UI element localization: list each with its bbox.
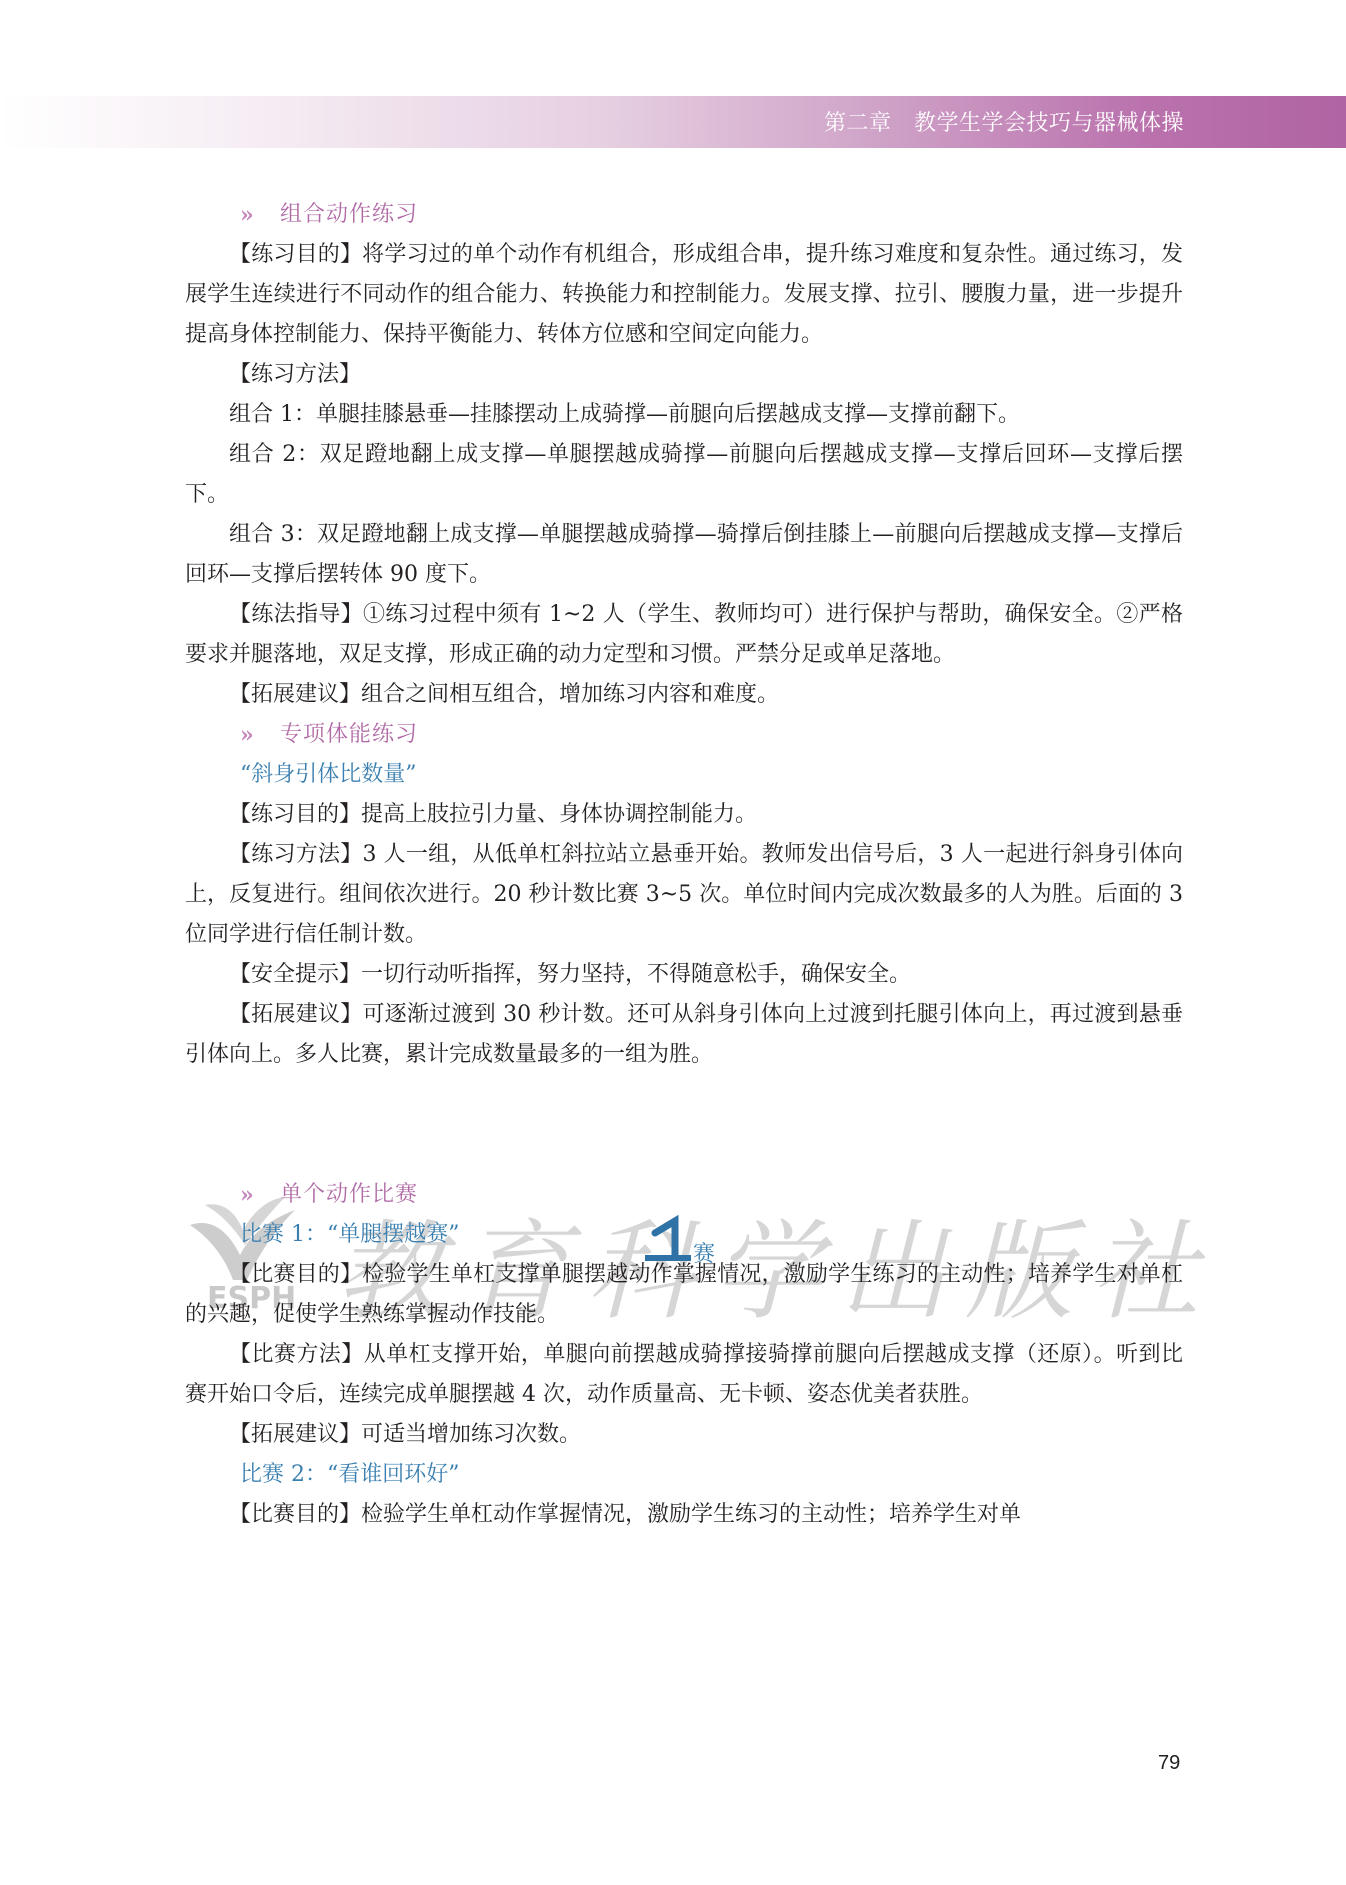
double-chevron-icon: »	[240, 715, 255, 755]
section-heading-combo: » 组合动作练习	[185, 195, 1183, 235]
paragraph-practice-method-label: 【练习方法】	[185, 355, 1183, 395]
double-chevron-icon: »	[240, 1175, 255, 1215]
paragraph-match1-extension: 【拓展建议】可适当增加练习次数。	[185, 1415, 1183, 1455]
match-2-title: 比赛 2：“看谁回环好”	[185, 1455, 1183, 1495]
paragraph-fitness-extension: 【拓展建议】可逐渐过渡到 30 秒计数。还可从斜身引体向上过渡到托腿引体向上，再…	[185, 995, 1183, 1075]
paragraph-match1-method: 【比赛方法】从单杠支撑开始，单腿向前摆越成骑撑接骑撑前腿向后摆越成支撑（还原）。…	[185, 1335, 1183, 1415]
competition-section-marker: 赛	[645, 1215, 735, 1265]
double-chevron-icon: »	[240, 195, 255, 235]
paragraph-practice-purpose: 【练习目的】将学习过的单个动作有机组合，形成组合串，提升练习难度和复杂性。通过练…	[185, 235, 1183, 355]
paragraph-match2-purpose: 【比赛目的】检验学生单杠动作掌握情况，激励学生练习的主动性；培养学生对单	[185, 1495, 1183, 1535]
paragraph-fitness-safety: 【安全提示】一切行动听指挥，努力坚持，不得随意松手，确保安全。	[185, 955, 1183, 995]
subheading-incline-pullup: “斜身引体比数量”	[185, 755, 1183, 795]
paragraph-fitness-purpose: 【练习目的】提高上肢拉引力量、身体协调控制能力。	[185, 795, 1183, 835]
stylized-one-icon	[645, 1215, 695, 1265]
section-heading-fitness: » 专项体能练习	[185, 715, 1183, 755]
combo-item-1: 组合 1：单腿挂膝悬垂—挂膝摆动上成骑撑—前腿向后摆越成支撑—支撑前翻下。	[185, 395, 1183, 435]
paragraph-practice-guide: 【练法指导】①练习过程中须有 1~2 人（学生、教师均可）进行保护与帮助，确保安…	[185, 595, 1183, 675]
paragraph-fitness-method: 【练习方法】3 人一组，从低单杠斜拉站立悬垂开始。教师发出信号后，3 人一起进行…	[185, 835, 1183, 955]
section-spacer	[185, 1075, 1183, 1175]
page-number: 79	[1158, 1752, 1180, 1775]
competition-section-label: 赛	[693, 1237, 715, 1268]
paragraph-match1-purpose: 【比赛目的】检验学生单杠支撑单腿摆越动作掌握情况，激励学生练习的主动性；培养学生…	[185, 1255, 1183, 1335]
combo-item-2: 组合 2：双足蹬地翻上成支撑—单腿摆越成骑撑—前腿向后摆越成支撑—支撑后回环—支…	[185, 435, 1183, 515]
chapter-title: 第二章 教学生学会技巧与器械体操	[824, 106, 1184, 137]
paragraph-extension: 【拓展建议】组合之间相互组合，增加练习内容和难度。	[185, 675, 1183, 715]
page-content: » 组合动作练习 【练习目的】将学习过的单个动作有机组合，形成组合串，提升练习难…	[185, 195, 1183, 1535]
combo-item-3: 组合 3：双足蹬地翻上成支撑—单腿摆越成骑撑—骑撑后倒挂膝上—前腿向后摆越成支撑…	[185, 515, 1183, 595]
section-heading-single-competition: » 单个动作比赛	[185, 1175, 1183, 1215]
